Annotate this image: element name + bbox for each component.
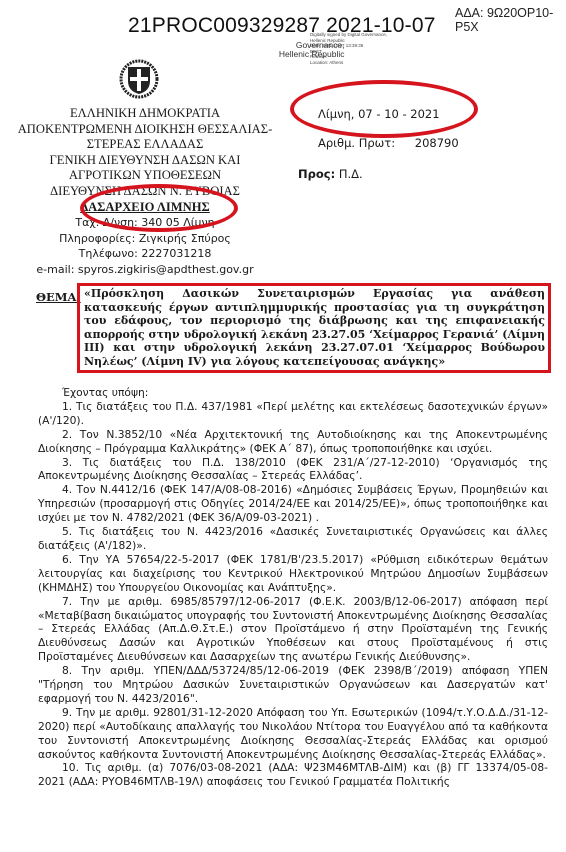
signature-detail: Location: Athens <box>310 60 387 66</box>
digital-signature-details: Digitally signed by Digital Governance, … <box>310 32 387 65</box>
recipient-value: Π.Δ. <box>339 167 363 181</box>
considerations-item: 8. Την αριθμ. ΥΠΕΝ/ΔΔΔ/53724/85/12-06-20… <box>38 664 548 706</box>
considerations-item: 2. Τον Ν.3852/10 «Νέα Αρχιτεκτονική της … <box>38 428 548 456</box>
org-line: ΑΓΡΟΤΙΚΩΝ ΥΠΟΘΕΣΕΩΝ <box>0 168 290 184</box>
protocol-number: 208790 <box>415 136 459 150</box>
considerations-item: 9. Την με αριθμ. 92801/31-12-2020 Απόφασ… <box>38 706 548 762</box>
ada-code: ΑΔΑ: 9Ω20ΟΡ10-Ρ5Χ <box>455 6 566 34</box>
org-line: ΣΤΕΡΕΑΣ ΕΛΛΑΔΑΣ <box>0 137 290 153</box>
recipient-row: Προς: Π.Δ. <box>298 167 363 181</box>
considerations-item: 1. Τις διατάξεις του Π.Δ. 437/1981 «Περί… <box>38 400 548 428</box>
protocol-number-row: Αριθμ. Πρωτ: 208790 <box>318 136 459 150</box>
subject-label: ΘΕΜΑ: <box>36 290 81 304</box>
contact-person: Πληροφορίες: Ζιγκιρής Σπύρος <box>0 231 290 247</box>
signature-detail: Digitally signed by Digital Governance, <box>310 32 387 38</box>
protocol-label: Αριθμ. Πρωτ: <box>318 136 395 150</box>
phone-number: Τηλέφωνο: 2227031218 <box>0 246 290 262</box>
org-line: ΕΛΛΗΝΙΚΗ ΔΗΜΟΚΡΑΤΙΑ <box>0 106 290 122</box>
org-line: ΓΕΝΙΚΗ ΔΙΕΥΘΥΝΣΗ ΔΑΣΩΝ ΚΑΙ <box>0 153 290 169</box>
recipient-label: Προς: <box>298 167 335 181</box>
considerations-item: 10. Τις αριθμ. (α) 7076/03-08-2021 (ΑΔΑ:… <box>38 761 548 789</box>
highlight-ellipse-office <box>80 184 238 232</box>
considerations-item: 3. Τις διατάξεις του Π.Δ. 138/2010 (ΦΕΚ … <box>38 456 548 484</box>
highlight-ellipse-date <box>290 80 478 138</box>
considerations-item: 7. Την με αριθμ. 6985/85797/12-06-2017 (… <box>38 595 548 665</box>
greek-coat-of-arms-icon <box>119 59 159 99</box>
subject-text: «Πρόσκληση Δασικών Συνεταιρισμών Εργασία… <box>84 287 545 369</box>
considerations-item: 4. Τον Ν.4412/16 (ΦΕΚ 147/Α/08-08-2016) … <box>38 483 548 525</box>
considerations-item: 5. Τις διατάξεις του Ν. 4423/2016 «Δασικ… <box>38 525 548 553</box>
considerations-item: 6. Την ΥΑ 57654/22-5-2017 (ΦΕΚ 1781/Β'/2… <box>38 553 548 595</box>
body-intro: Έχοντας υπόψη: <box>38 386 548 400</box>
document-body: Έχοντας υπόψη: 1. Τις διατάξεις του Π.Δ.… <box>38 386 548 789</box>
email-address[interactable]: e-mail: spyros.zigkiris@apdthest.gov.gr <box>0 262 290 278</box>
org-line: ΑΠΟΚΕΝΤΡΩΜΕΝΗ ΔΙΟΙΚΗΣΗ ΘΕΣΣΑΛΙΑΣ- <box>0 122 290 138</box>
